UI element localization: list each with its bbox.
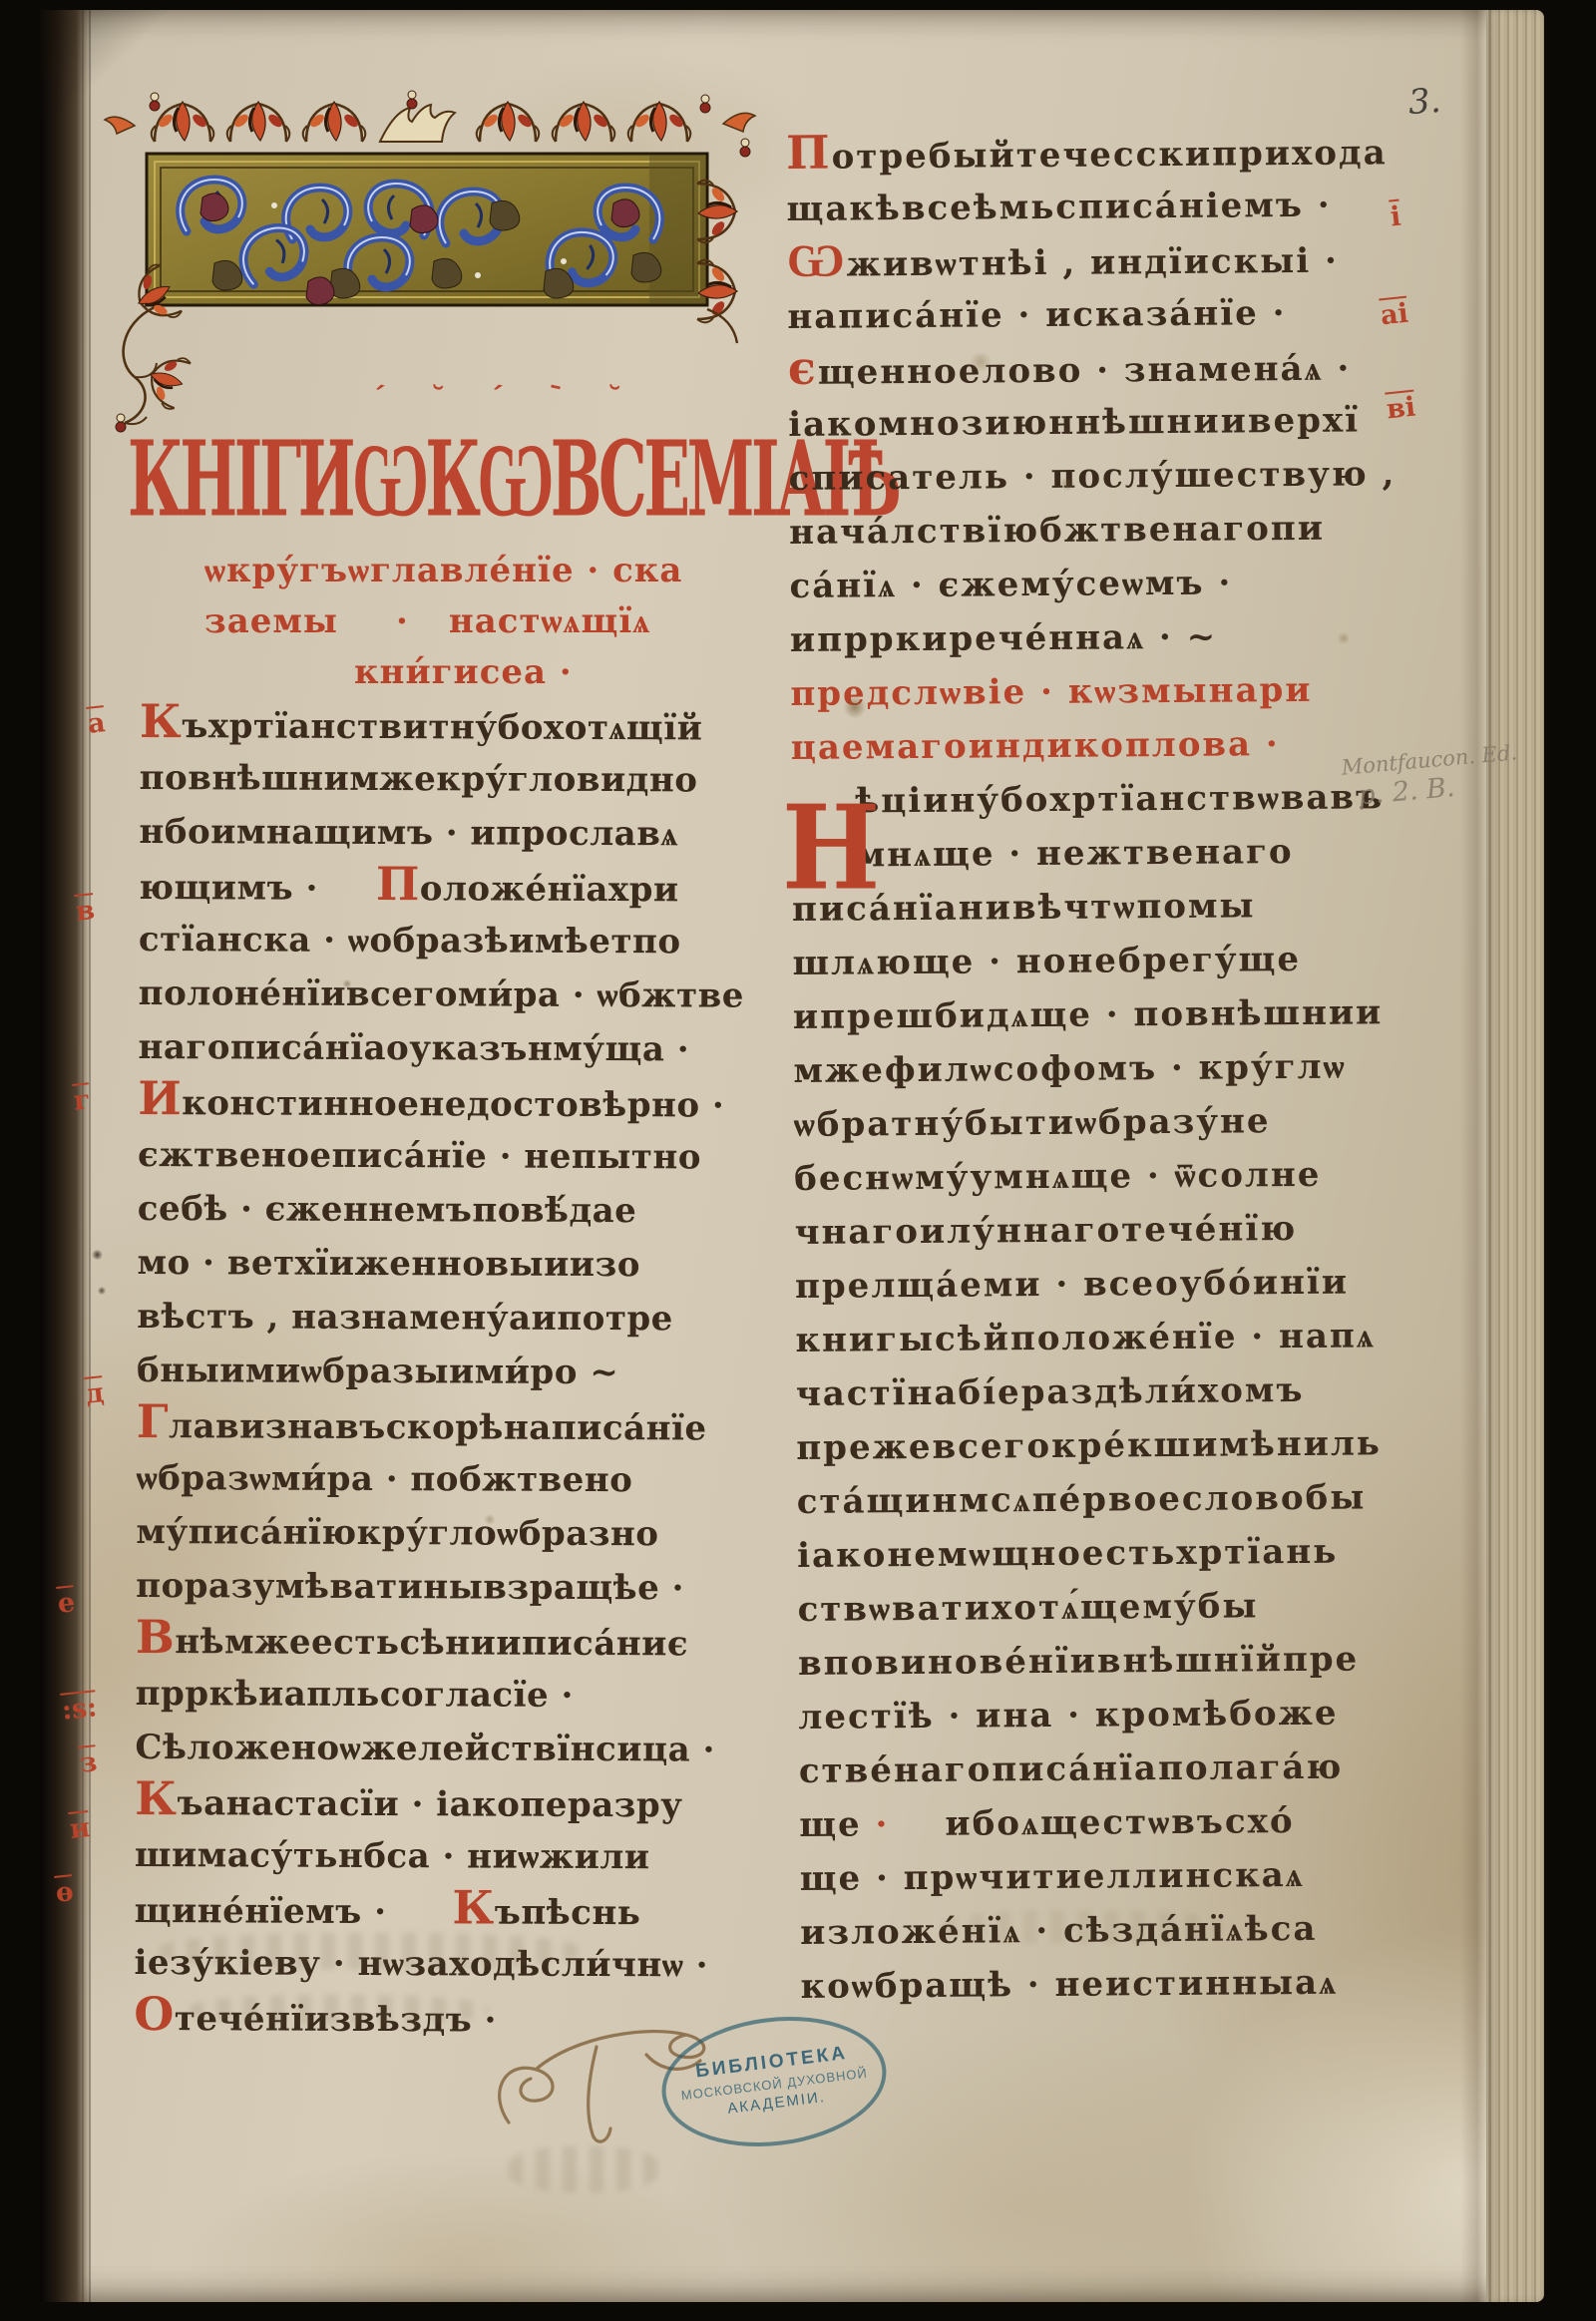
text-line: щакѣвсеѣмьсписа́ніемъ · [786,185,1395,243]
text-line: іаконемѡщноестьхртїань [797,1531,1405,1590]
show-through-text [190,1995,489,2025]
wormhole [98,1287,106,1295]
text-line: прежевсегокре́кшимѣниль [796,1423,1404,1482]
text-line: ствѡватихотѧ́щему́бы [797,1585,1405,1644]
text-line: іакомнозиюннѣшнииверхї [788,400,1396,459]
text-line: Иконстинноенедостовѣрно · [138,1081,732,1138]
folio-number: 3. [1407,81,1442,123]
text-line: мо · ветхїиженновыиизо [137,1243,731,1300]
margin-chapter-numeral: г [72,1084,92,1117]
text-line: мжефилѡсофомъ · кру́глѡ [793,1046,1401,1105]
text-line: кни́гисеа · [204,652,723,703]
text-line: вѣстъ , назнамену́аипотре [137,1297,731,1354]
text-line: ще · прѡчитиеллинскаѧ [800,1854,1408,1913]
fore-edge-leaves [1486,10,1544,2302]
ink-stain [843,696,867,718]
margin-chapter-numeral: и [68,1812,91,1845]
margin-chapter-numeral: ѳ [54,1876,75,1909]
text-line: повнѣшнимжекру́гловидно [140,758,734,815]
text-line: коѡбращѣ · неистинныаѧ [800,1962,1408,2021]
text-line: мнѧще · нежтвенаго [792,831,1400,890]
margin-chapter-numeral: д [84,1377,105,1410]
text-line: себѣ · єженнемъповѣ́дае [138,1189,732,1246]
margin-chapter-numeral: і [1389,201,1401,233]
right-text-column: Потребыйтечесскиприходащакѣвсеѣмьсписа́н… [786,131,1409,2021]
text-line: прркѣиапльсогласїе · [136,1674,730,1731]
margin-chapter-numeral: в [74,895,96,928]
text-line: полоне́нїивсегоми́ра · ѡбжтве [139,973,733,1030]
photograph-background: ´˘´¯˘ КНІГИѠКѠВСЕМІАІѢ ѡкру́гъѡглавле́нї… [0,0,1596,2321]
text-line: ѡбратну́бытиѡбразу́не [794,1100,1402,1159]
text-line: ѡкру́гъѡглавле́нїе · ска [204,551,723,601]
title-accent-marks: ´˘´¯˘ [369,381,663,416]
text-line: написа́нїе · исказа́нїе · [787,292,1396,351]
text-line: стве́нагописа́нїаполага́ю [799,1746,1407,1805]
ink-stain [484,1514,496,1525]
text-line: прелща́еми · всеоубо́инїи [795,1262,1403,1321]
text-line: книгысѣйположе́нїе · напѧ [795,1316,1403,1374]
text-line: цаемагоиндикоплова · [791,723,1399,782]
text-line: предслѡвіе · кѡзмынари [790,669,1398,728]
text-line: шлѧюще · нонебрегу́ще [792,939,1400,997]
accent-mark: ´ [484,380,506,417]
vyaz-title: КНІГИѠКѠВСЕМІАІѢ [128,417,772,542]
text-line: му́писа́нїюкру́глоѡбразно [136,1512,730,1569]
text-line: лестїѣ · ина · кромѣбоже [798,1693,1406,1751]
illuminated-headpiece [95,86,783,430]
text-line: ѡбразѡми́ра · побжтвено [136,1458,730,1515]
text-line: нбоимнащимъ · ипрославѧ [139,812,733,869]
text-line: са́нїѧ · єжему́сеѡмъ · [789,562,1397,620]
accent-mark: ¯ [543,380,565,417]
margin-chapter-numeral: е [56,1587,76,1620]
text-line: ипрркирече́ннаѧ · ~ [790,615,1398,674]
text-line: писа́нїанивѣчтѡпомы [792,885,1400,944]
text-line: шимасу́тьнбса · ниѡжили [135,1835,729,1892]
show-through-text [160,1933,579,1969]
text-line: єжтвеноеписа́нїе · непытно [138,1135,732,1192]
margin-chapter-numeral: ві [1385,392,1416,426]
text-line: ѣціину́бохртїанствѡвавъ [791,777,1399,836]
ink-stain [1337,632,1351,644]
accent-mark: ˘ [601,380,623,417]
text-line: Ѡживѡтнѣі , индїискыі · [787,238,1396,297]
text-line: списатель · послу́шествую , [789,454,1397,513]
text-line: нача́лствїюбжтвенагопи [789,508,1397,567]
binding-gutter-shadow [40,10,92,2302]
text-line: Къхртїанствитну́бохотѧщїй [140,704,734,761]
wormhole [92,1250,103,1260]
margin-chapter-numeral: :ѕ: [60,1692,98,1727]
text-line: частїнабі́ераздѣли́хомъ [796,1369,1404,1428]
text-line: Къанастасїи · іакоперазру [135,1781,729,1838]
text-line: Главизнавъскорѣнаписа́нїе [137,1404,731,1461]
text-line: поразумѣватинывзращѣе · [136,1566,730,1623]
drop-cap-initial: Н [782,790,880,906]
text-line: нагописа́нїаоуказънму́ща · [138,1027,732,1084]
ink-stain [342,979,352,988]
text-line: беснѡму́умнѧще · ѿсолне [794,1154,1402,1213]
show-through-text [509,2146,658,2192]
manuscript-page: ´˘´¯˘ КНІГИѠКѠВСЕМІАІѢ ѡкру́гъѡглавле́нї… [40,10,1544,2302]
text-line: вповинове́нїивнѣшнїйпре [798,1639,1406,1698]
margin-chapter-numeral: аі [1379,298,1409,332]
margin-chapter-numeral: з [78,1746,98,1779]
text-line: ста́щинмсѧпе́рвоесловобы [797,1477,1405,1536]
left-text-column: Къхртїанствитну́бохотѧщїйповнѣшнимжекру́… [134,704,734,2054]
text-line: ипрешбидѧще · повнѣшнии [793,992,1401,1051]
margin-chapter-numeral: а [86,707,107,740]
ink-stain [1059,477,1075,491]
text-line: чнагоилу́ннаготече́нїю [794,1208,1402,1267]
text-line: ще ·ибоѧщестѡвъсхо́ [799,1800,1407,1859]
text-line: бныимиѡбразыими́ро ~ [137,1351,731,1407]
page-crease [1460,10,1488,2302]
text-line: стїанска · ѡобразѣимѣетпо [139,920,733,976]
accent-mark: ´ [366,380,388,417]
text-line: ющимъ ·Положе́нїахри [139,866,733,923]
ink-stain [968,353,994,371]
text-line: Сѣложеноѡжелействїнсица · [135,1728,729,1784]
text-line: Потребыйтечесскиприхода [786,131,1395,190]
accent-mark: ˘ [425,380,447,417]
rubric-subtitle: ѡкру́гъѡглавле́нїе · сказаемы·настѡѧщїѧк… [204,551,723,703]
text-line: єщенноелово · знамена́ѧ · [788,346,1396,405]
text-line: Внѣмжеестьсѣнииписа́ниє [136,1620,730,1677]
text-line: заемы·настѡѧщїѧ [204,601,723,652]
show-through-text [943,1910,1222,1944]
